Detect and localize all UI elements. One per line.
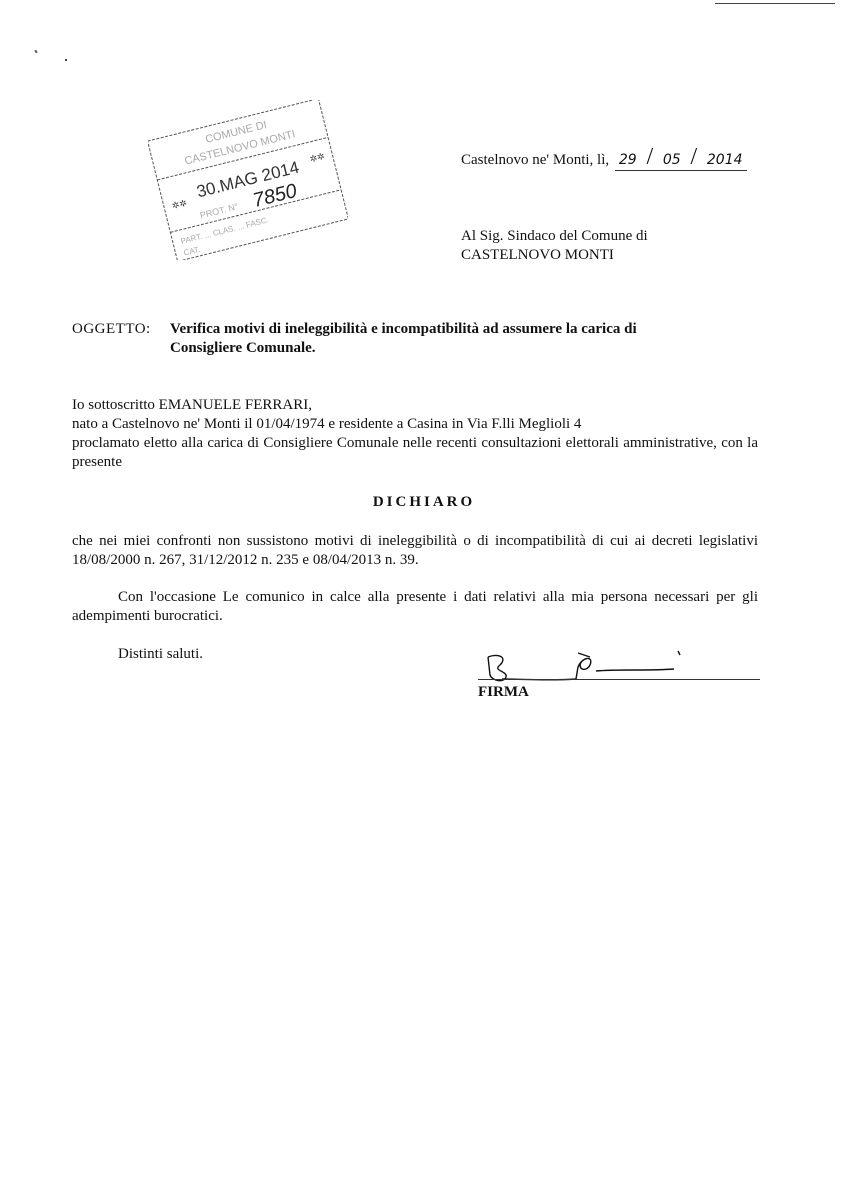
svg-text:✲✲: ✲✲ — [171, 198, 188, 211]
subject-text: Verifica motivi di ineleggibilità e inco… — [170, 320, 637, 358]
occasion-paragraph: Con l'occasione Le comunico in calce all… — [72, 588, 758, 626]
declaration-heading: DICHIARO — [0, 494, 848, 511]
stamp-number-label: PROT. N° — [199, 201, 240, 220]
signature-label: FIRMA — [478, 683, 529, 702]
intro-line2: nato a Castelnovo ne' Monti il 01/04/197… — [72, 415, 758, 434]
place-prefix: Castelnovo ne' Monti, lì, — [461, 152, 609, 168]
recipient-line1: Al Sig. Sindaco del Comune di — [461, 227, 648, 246]
intro-paragraph: Io sottoscritto EMANUELE FERRARI, nato a… — [72, 396, 758, 472]
intro-line3: proclamato eletto alla carica di Consigl… — [72, 434, 758, 472]
subject-line1: Verifica motivi di ineleggibilità e inco… — [170, 320, 637, 339]
scan-speck — [65, 59, 67, 61]
signature-line — [478, 679, 760, 680]
protocol-stamp: COMUNE DI CASTELNOVO MONTI 30.MAG 2014 ✲… — [148, 100, 348, 260]
recipient: Al Sig. Sindaco del Comune di CASTELNOVO… — [461, 227, 648, 265]
date-month: 05 — [663, 152, 681, 168]
svg-text:✲✲: ✲✲ — [309, 151, 326, 164]
date-year: 2014 — [707, 152, 743, 168]
stamp-footer1: PART. ... CLAS. ... FASC. — [180, 215, 270, 246]
date-day: 29 — [619, 152, 637, 168]
subject-line2: Consigliere Comunale. — [170, 339, 637, 358]
declaration-paragraph: che nei miei confronti non sussistono mo… — [72, 532, 758, 570]
stamp-footer2: CAT. — [183, 245, 201, 258]
place-date: Castelnovo ne' Monti, lì, 29 / 05 / 2014 — [461, 148, 747, 171]
occasion-text: Con l'occasione Le comunico in calce all… — [72, 589, 758, 624]
intro-line1: Io sottoscritto EMANUELE FERRARI, — [72, 396, 758, 415]
subject-label: OGGETTO: — [72, 320, 151, 339]
scan-speck — [34, 50, 37, 54]
closing: Distinti saluti. — [118, 645, 203, 664]
scan-edge-line — [715, 3, 835, 4]
recipient-line2: CASTELNOVO MONTI — [461, 246, 648, 265]
